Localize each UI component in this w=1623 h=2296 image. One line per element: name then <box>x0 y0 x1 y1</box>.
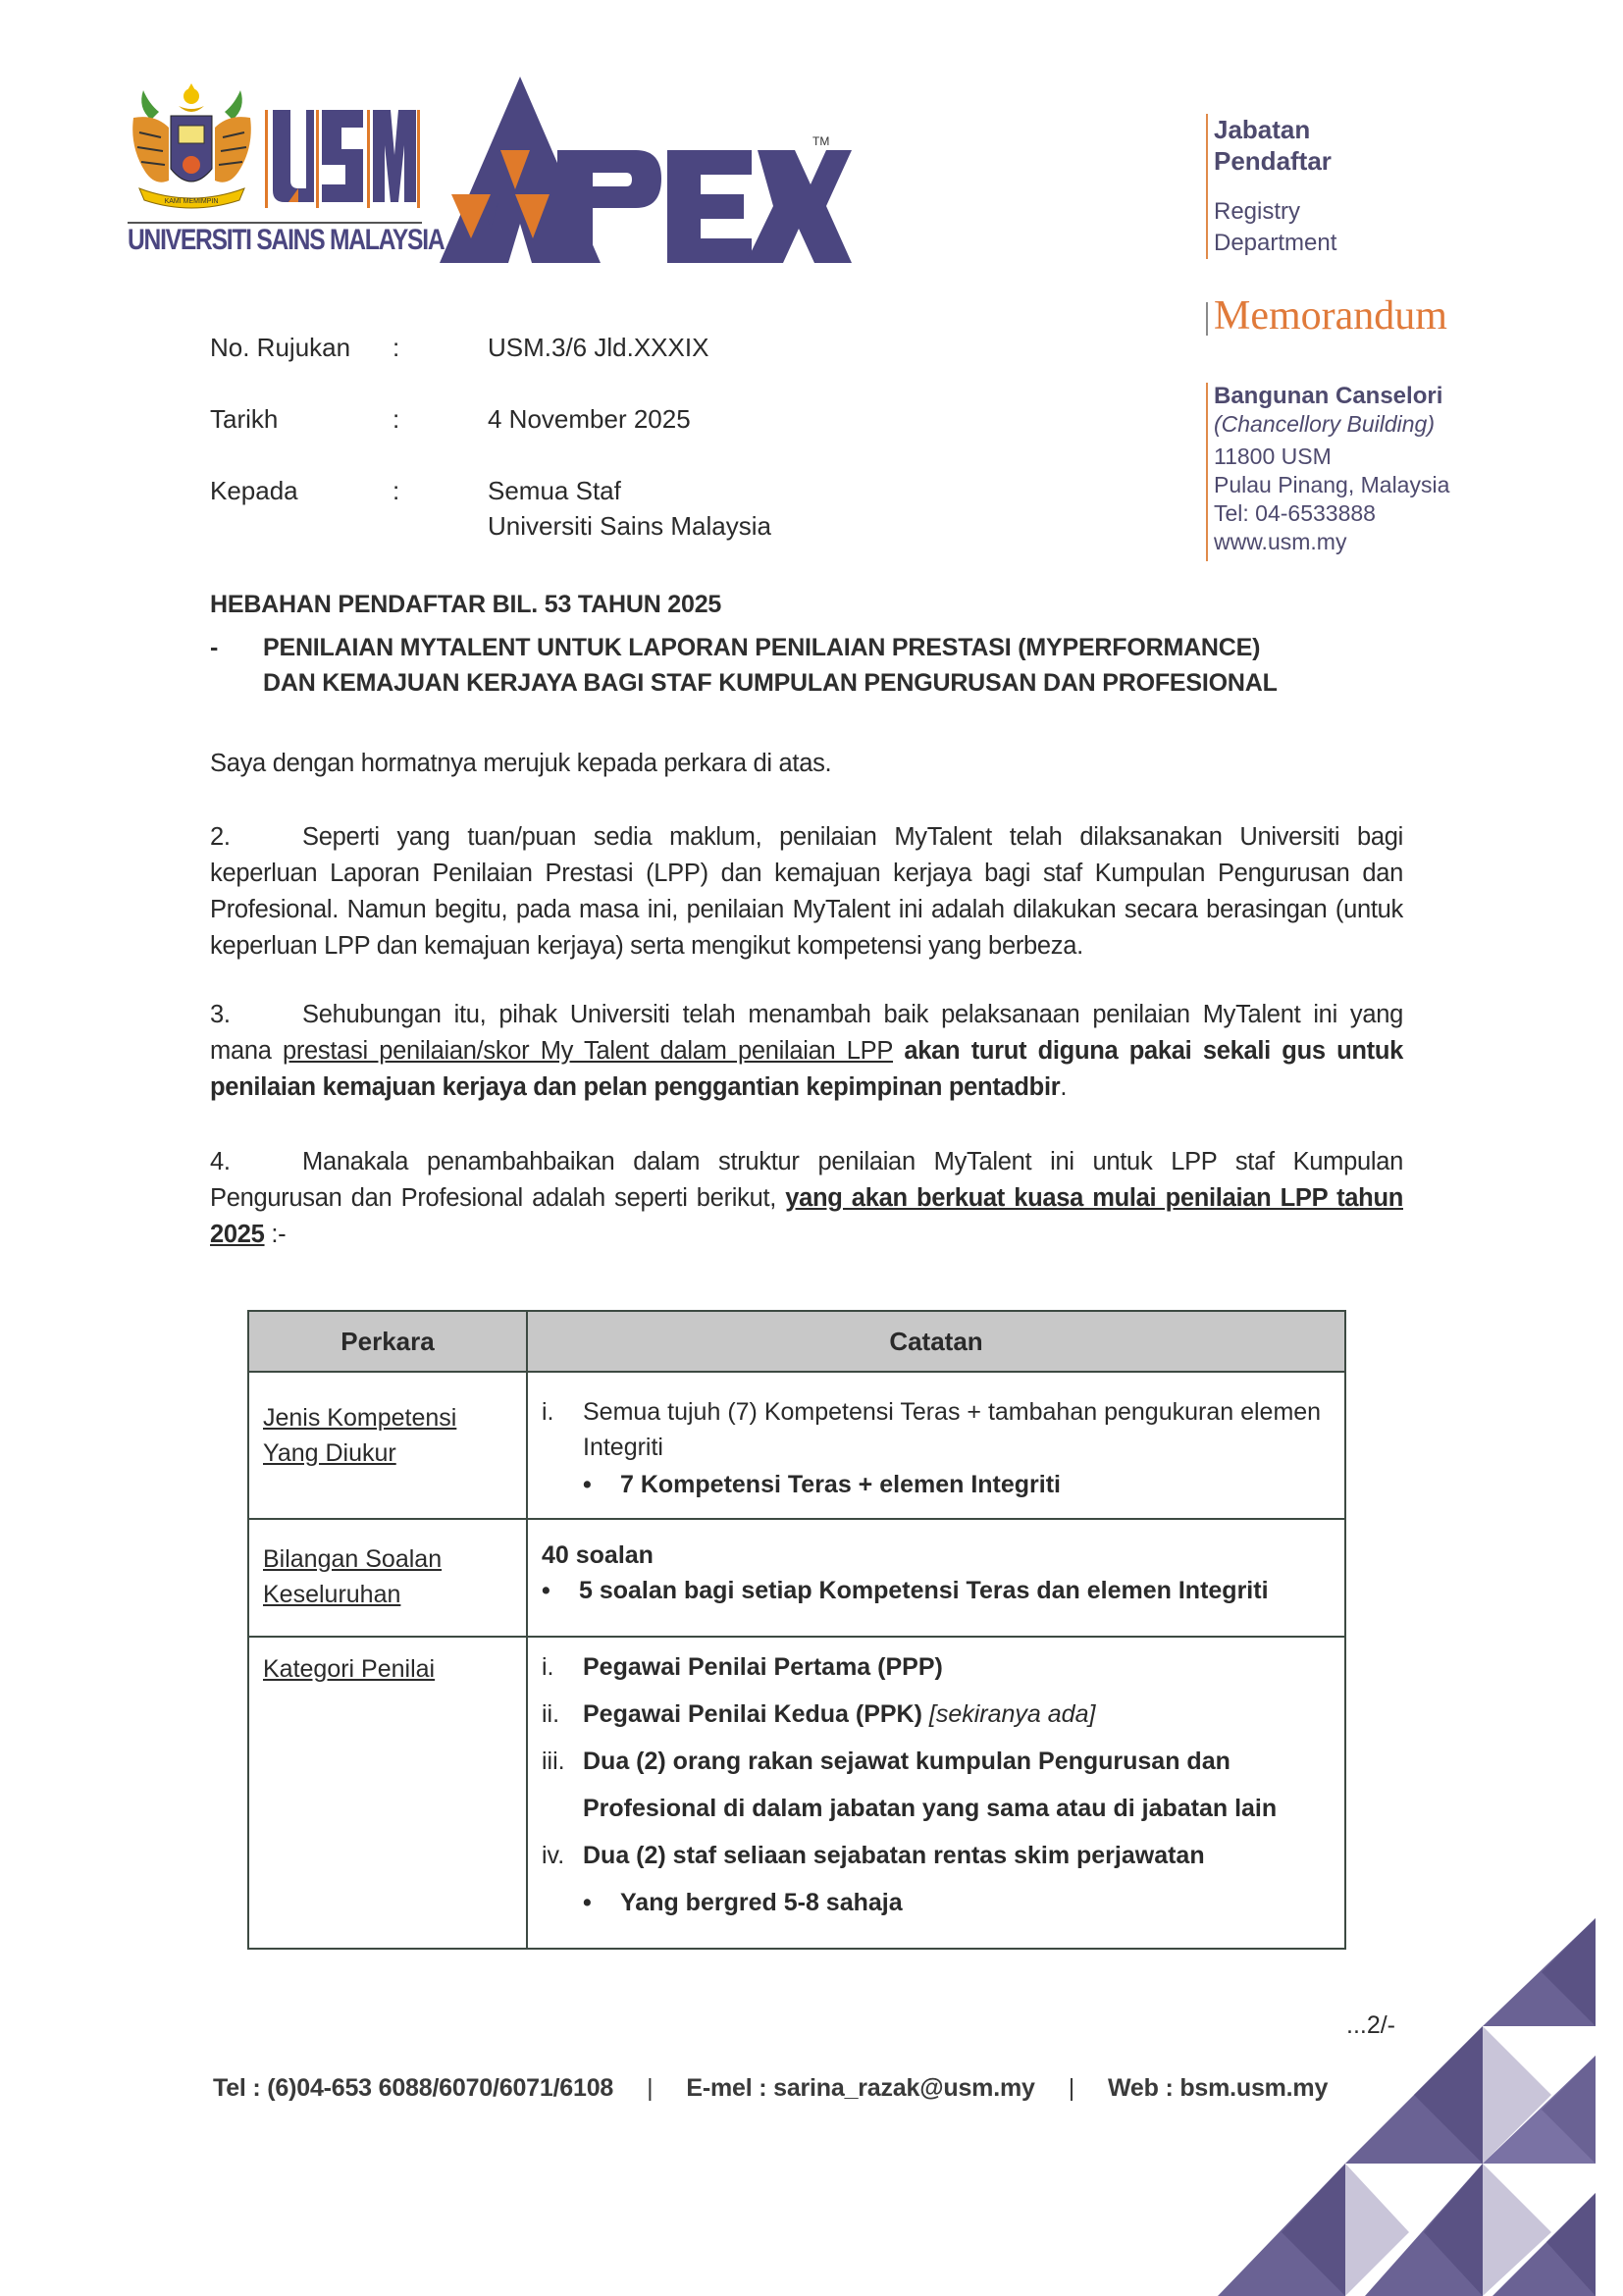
department-name-en: Registry Department <box>1214 196 1336 259</box>
paragraph-number: 4. <box>210 1144 302 1180</box>
apex-logo: TM <box>440 77 852 263</box>
row-notes: 40 soalan • 5 soalan bagi setiap Kompete… <box>527 1519 1345 1637</box>
row-notes: i. Semua tujuh (7) Kompetensi Teras + ta… <box>527 1372 1345 1519</box>
building-name: Bangunan Canselori <box>1214 382 1449 410</box>
bullet-text: Yang bergred 5-8 sahaja <box>620 1879 903 1926</box>
list-marker: i. <box>542 1394 583 1465</box>
list-item: iv. Dua (2) staf seliaan sejabatan renta… <box>542 1832 1331 1879</box>
row-label: Bilangan Soalan Keseluruhan <box>263 1545 442 1608</box>
subject-line-2: DAN KEMAJUAN KERJAYA BAGI STAF KUMPULAN … <box>263 669 1278 698</box>
university-name: UNIVERSITI SAINS MALAYSIA <box>128 224 444 257</box>
address-tel: Tel: 04-6533888 <box>1214 499 1449 528</box>
table-row: Kategori Penilai i. Pegawai Penilai Pert… <box>248 1637 1345 1949</box>
list-item-text: Dua (2) orang rakan sejawat kumpulan Pen… <box>583 1738 1331 1832</box>
paragraph-text: Seperti yang tuan/puan sedia maklum, pen… <box>210 823 1403 960</box>
list-item: iii. Dua (2) orang rakan sejawat kumpula… <box>542 1738 1331 1832</box>
list-item-note: [sekiranya ada] <box>929 1700 1096 1728</box>
list-item: i. Semua tujuh (7) Kompetensi Teras + ta… <box>542 1394 1331 1465</box>
column-header-catatan: Catatan <box>527 1311 1345 1372</box>
assessment-structure-table: Perkara Catatan Jenis Kompetensi Yang Di… <box>247 1310 1346 1950</box>
ref-colon: : <box>393 473 399 508</box>
subject-dash: - <box>210 634 218 662</box>
list-item-text: Semua tujuh (7) Kompetensi Teras + tamba… <box>583 1394 1331 1465</box>
column-header-perkara: Perkara <box>248 1311 527 1372</box>
ref-label-kepada: Kepada <box>210 473 298 508</box>
paragraph-underlined-text: prestasi penilaian/skor My Talent dalam … <box>283 1037 893 1065</box>
bullet-item: • 5 soalan bagi setiap Kompetensi Teras … <box>542 1573 1331 1608</box>
list-item: ii. Pegawai Penilai Kedua (PPK) [sekiran… <box>542 1691 1331 1738</box>
opening-paragraph: Saya dengan hormatnya merujuk kepada per… <box>210 746 1403 782</box>
list-item-text: Pegawai Penilai Pertama (PPP) <box>583 1644 943 1691</box>
crest-motto: KAMI MEMIMPIN <box>165 198 219 205</box>
bullet-item: • Yang bergred 5-8 sahaja <box>542 1879 1331 1926</box>
list-marker: iv. <box>542 1832 583 1879</box>
recipient-line: Universiti Sains Malaysia <box>488 508 771 544</box>
header-accent-bar <box>1206 114 1208 259</box>
list-marker: i. <box>542 1644 583 1691</box>
row-notes: i. Pegawai Penilai Pertama (PPP) ii. Peg… <box>527 1637 1345 1949</box>
department-line: Registry <box>1214 196 1336 228</box>
address-line2: Pulau Pinang, Malaysia <box>1214 471 1449 499</box>
table-header-row: Perkara Catatan <box>248 1311 1345 1372</box>
table-row: Bilangan Soalan Keseluruhan 40 soalan • … <box>248 1519 1345 1637</box>
usm-wordmark-logo <box>265 106 422 214</box>
department-line: Pendaftar <box>1214 145 1332 177</box>
paragraph-2: 2.Seperti yang tuan/puan sedia maklum, p… <box>210 819 1403 965</box>
paragraph-text-end: :- <box>265 1221 287 1248</box>
list-marker: iii. <box>542 1738 583 1832</box>
list-item: i. Pegawai Penilai Pertama (PPP) <box>542 1644 1331 1691</box>
paragraph-4: 4.Manakala penambahbaikan dalam struktur… <box>210 1144 1403 1253</box>
list-item-text: Dua (2) staf seliaan sejabatan rentas sk… <box>583 1832 1205 1879</box>
ref-colon: : <box>393 330 399 365</box>
address-web[interactable]: www.usm.my <box>1214 528 1449 556</box>
subject-line-1: PENILAIAN MYTALENT UNTUK LAPORAN PENILAI… <box>263 634 1260 662</box>
bullet-icon: • <box>542 1573 579 1608</box>
ref-colon: : <box>393 401 399 437</box>
table-row: Jenis Kompetensi Yang Diukur i. Semua tu… <box>248 1372 1345 1519</box>
list-item-text: Pegawai Penilai Kedua (PPK) <box>583 1700 922 1728</box>
department-name-ms: Jabatan Pendaftar <box>1214 114 1332 177</box>
footer-tel: Tel : (6)04-653 6088/6070/6071/6108 <box>213 2074 613 2102</box>
memo-accent-bar <box>1206 302 1208 336</box>
bullet-icon: • <box>583 1467 620 1502</box>
document-type: Memorandum <box>1214 292 1447 339</box>
recipient-line: Semua Staf <box>488 473 771 508</box>
footer-email[interactable]: E-mel : sarina_razak@usm.my <box>686 2074 1034 2102</box>
decorative-triangle-pattern <box>1218 1918 1596 2296</box>
usm-crest-logo: KAMI MEMIMPIN <box>126 78 258 216</box>
paragraph-number: 2. <box>210 819 302 856</box>
building-name-en: (Chancellory Building) <box>1214 410 1449 439</box>
ref-value-no-rujukan: USM.3/6 Jld.XXXIX <box>488 330 708 365</box>
bullet-text: 7 Kompetensi Teras + elemen Integriti <box>620 1467 1061 1502</box>
ref-label-tarikh: Tarikh <box>210 401 278 437</box>
row-lead-text: 40 soalan <box>542 1538 1331 1573</box>
footer-separator: | <box>647 2074 653 2103</box>
paragraph-3: 3.Sehubungan itu, pihak Universiti telah… <box>210 997 1403 1106</box>
department-line: Department <box>1214 228 1336 259</box>
ref-value-kepada: Semua Staf Universiti Sains Malaysia <box>488 473 771 544</box>
footer-separator: | <box>1069 2074 1074 2103</box>
bullet-icon: • <box>583 1879 620 1926</box>
footer-contact: Tel : (6)04-653 6088/6070/6071/6108|E-me… <box>213 2074 1328 2103</box>
address-accent-bar <box>1206 383 1208 561</box>
memo-title: HEBAHAN PENDAFTAR BIL. 53 TAHUN 2025 <box>210 591 721 619</box>
department-line: Jabatan <box>1214 114 1332 145</box>
row-label: Jenis Kompetensi Yang Diukur <box>263 1404 456 1467</box>
bullet-item: • 7 Kompetensi Teras + elemen Integriti <box>542 1467 1331 1502</box>
bullet-text: 5 soalan bagi setiap Kompetensi Teras da… <box>579 1573 1269 1608</box>
paragraph-text-end: . <box>1060 1073 1067 1101</box>
address-block: Bangunan Canselori (Chancellory Building… <box>1214 382 1449 556</box>
apex-trademark: TM <box>812 134 829 148</box>
paragraph-number: 3. <box>210 997 302 1033</box>
ref-value-tarikh: 4 November 2025 <box>488 401 691 437</box>
ref-label-no-rujukan: No. Rujukan <box>210 330 350 365</box>
list-marker: ii. <box>542 1691 583 1738</box>
address-line1: 11800 USM <box>1214 443 1449 471</box>
row-label: Kategori Penilai <box>263 1655 435 1683</box>
